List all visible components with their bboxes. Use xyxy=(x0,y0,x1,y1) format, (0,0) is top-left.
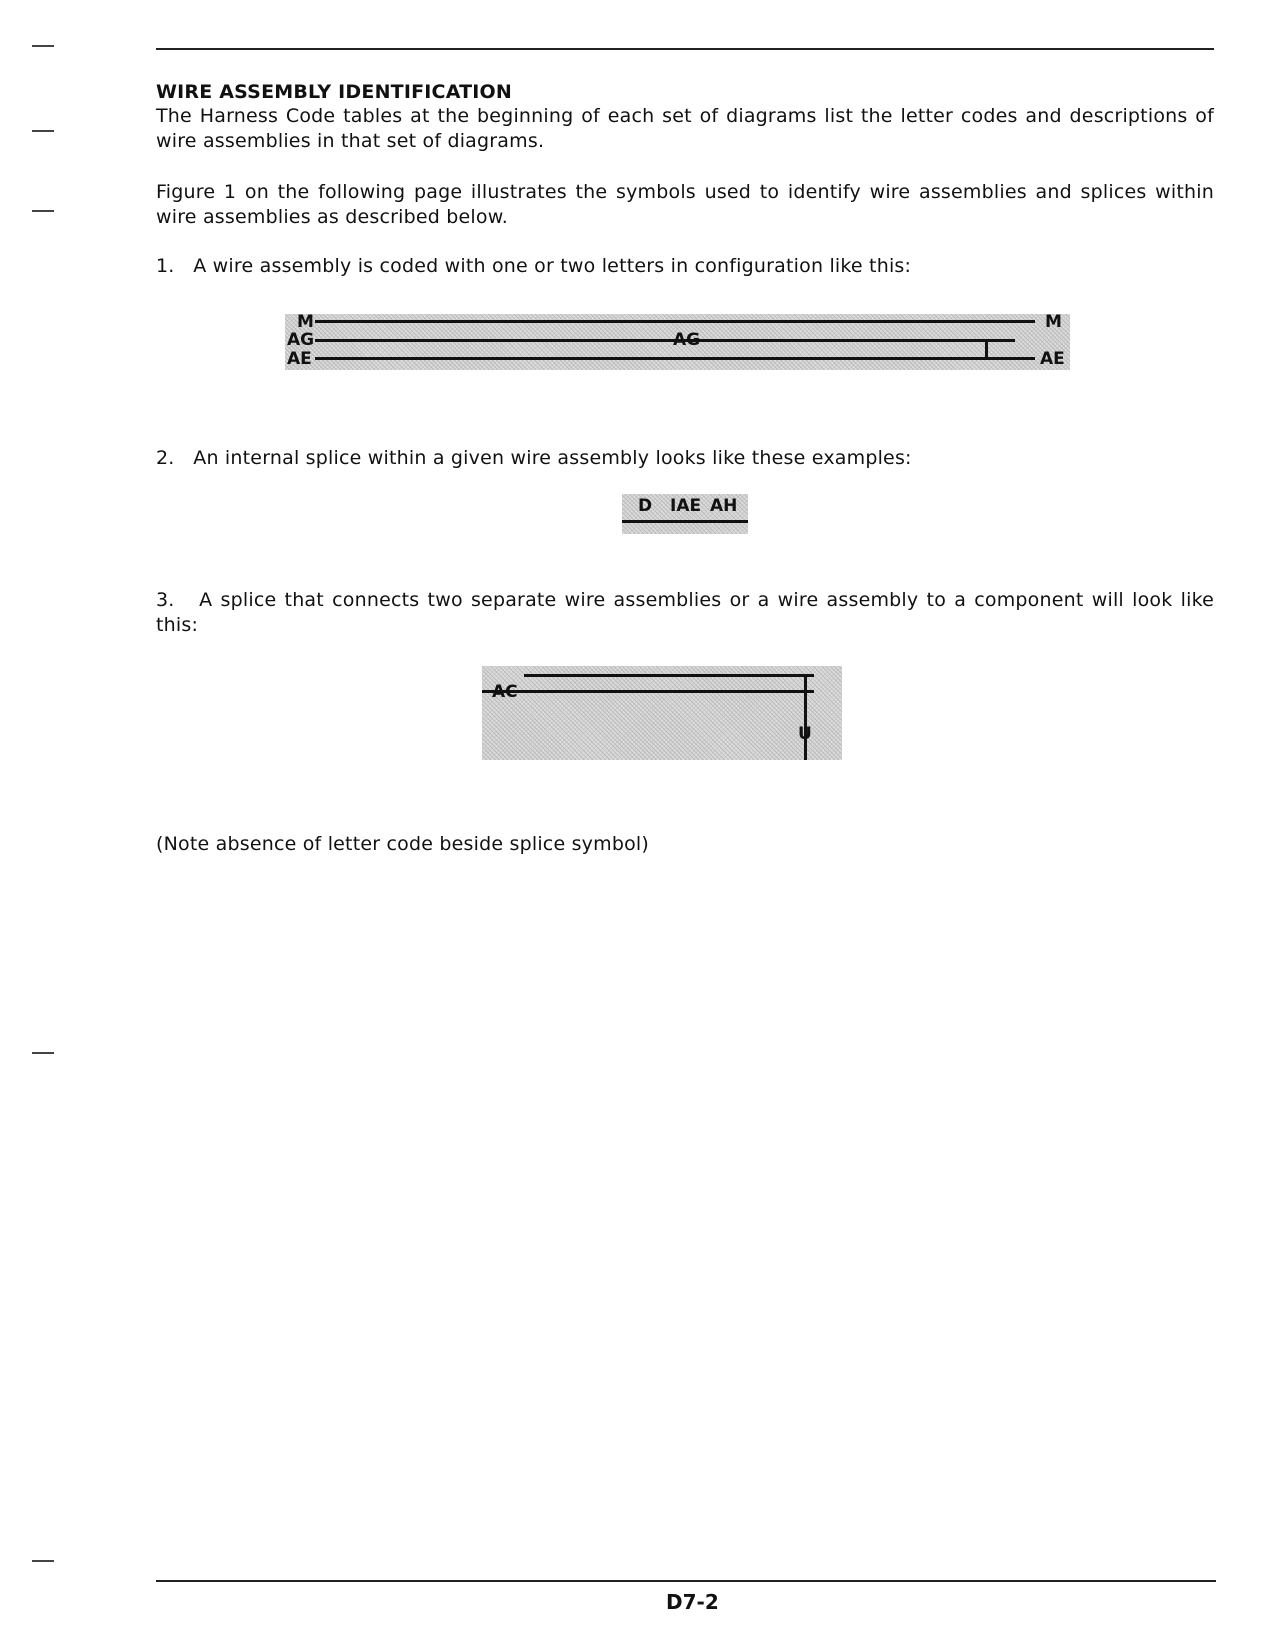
wire-line xyxy=(622,520,748,523)
wire-line xyxy=(482,690,814,693)
internal-splice-diagram: D IAE AH xyxy=(622,494,748,534)
list-item-2: 2. An internal splice within a given wir… xyxy=(156,446,1214,471)
page-number: D7-2 xyxy=(666,1590,719,1614)
wire-label-right: AE xyxy=(1040,349,1065,369)
intro-paragraph: The Harness Code tables at the beginning… xyxy=(156,104,1214,154)
wire-label-left: AC xyxy=(492,682,518,702)
scan-mark xyxy=(32,1560,54,1562)
scan-mark xyxy=(32,130,54,132)
list-text: A splice that connects two separate wire… xyxy=(156,589,1214,636)
footer-rule xyxy=(156,1580,1216,1582)
note-text: (Note absence of letter code beside spli… xyxy=(156,832,649,857)
wire-label-bottom: U xyxy=(798,724,812,744)
section-heading: WIRE ASSEMBLY IDENTIFICATION xyxy=(156,80,512,105)
list-text: A wire assembly is coded with one or two… xyxy=(193,255,911,277)
wire-line xyxy=(315,320,1035,323)
list-item-1: 1. A wire assembly is coded with one or … xyxy=(156,254,1214,279)
wire-label-left: M xyxy=(297,312,314,332)
wire-assembly-diagram: M AG AE AG M AE xyxy=(285,314,1070,370)
list-number: 2. xyxy=(156,447,175,469)
list-text: An internal splice within a given wire a… xyxy=(193,447,911,469)
scan-mark xyxy=(32,45,54,47)
wire-line xyxy=(804,674,807,760)
scan-mark xyxy=(32,210,54,212)
scan-mark xyxy=(32,1052,54,1054)
wire-line xyxy=(315,357,1035,360)
list-number: 3. xyxy=(156,589,175,611)
list-item-3: 3. A splice that connects two separate w… xyxy=(156,588,1214,638)
list-number: 1. xyxy=(156,255,175,277)
wire-line xyxy=(315,339,1015,342)
wire-label-mid: AG xyxy=(673,330,700,350)
figure-reference-paragraph: Figure 1 on the following page illustrat… xyxy=(156,180,1214,230)
header-rule xyxy=(156,48,1214,50)
splice-label: AH xyxy=(710,496,737,516)
external-splice-diagram: AC U xyxy=(482,666,842,760)
wire-label-left: AE xyxy=(287,349,312,369)
wire-line xyxy=(524,674,814,677)
splice-label: D xyxy=(638,496,652,516)
wire-label-right: M xyxy=(1045,312,1062,332)
wire-label-left: AG xyxy=(287,330,314,350)
splice-label: IAE xyxy=(670,496,701,516)
wire-line xyxy=(985,339,988,359)
